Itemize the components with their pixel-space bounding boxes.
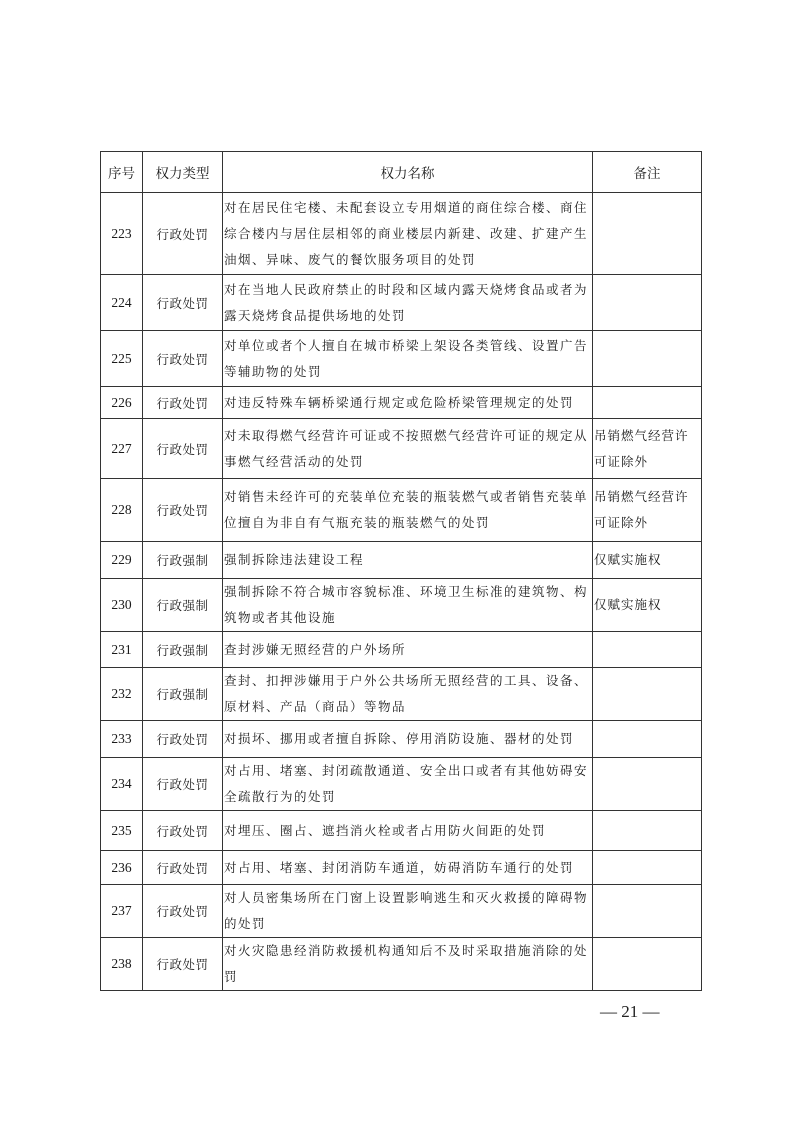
table-row: 235 行政处罚 对埋压、圈占、遮挡消火栓或者占用防火间距的处罚: [101, 811, 702, 851]
cell-serial-number: 230: [101, 579, 143, 632]
cell-remarks: [593, 387, 702, 419]
cell-remarks: [593, 758, 702, 811]
table-row: 232 行政强制 查封、扣押涉嫌用于户外公共场所无照经营的工具、设备、原材料、产…: [101, 668, 702, 721]
cell-power-type: 行政强制: [143, 668, 223, 721]
cell-power-name: 对火灾隐患经消防救援机构通知后不及时采取措施消除的处罚: [223, 938, 593, 991]
cell-power-type: 行政处罚: [143, 758, 223, 811]
table-row: 229 行政强制 强制拆除违法建设工程 仅赋实施权: [101, 542, 702, 579]
cell-remarks: 吊销燃气经营许可证除外: [593, 419, 702, 479]
cell-remarks: [593, 851, 702, 885]
cell-remarks: [593, 721, 702, 758]
cell-power-name: 强制拆除违法建设工程: [223, 542, 593, 579]
cell-power-type: 行政处罚: [143, 811, 223, 851]
cell-remarks: [593, 331, 702, 387]
cell-remarks: 仅赋实施权: [593, 542, 702, 579]
cell-remarks: [593, 938, 702, 991]
table-row: 226 行政处罚 对违反特殊车辆桥梁通行规定或危险桥梁管理规定的处罚: [101, 387, 702, 419]
cell-serial-number: 225: [101, 331, 143, 387]
cell-remarks: [593, 632, 702, 668]
cell-power-type: 行政处罚: [143, 938, 223, 991]
table-body: 223 行政处罚 对在居民住宅楼、未配套设立专用烟道的商住综合楼、商住综合楼内与…: [101, 193, 702, 991]
table-row: 233 行政处罚 对损坏、挪用或者擅自拆除、停用消防设施、器材的处罚: [101, 721, 702, 758]
cell-power-type: 行政处罚: [143, 851, 223, 885]
cell-remarks: [593, 193, 702, 275]
cell-power-type: 行政处罚: [143, 387, 223, 419]
cell-power-type: 行政处罚: [143, 419, 223, 479]
cell-remarks: 仅赋实施权: [593, 579, 702, 632]
cell-serial-number: 224: [101, 275, 143, 331]
table-row: 227 行政处罚 对未取得燃气经营许可证或不按照燃气经营许可证的规定从事燃气经营…: [101, 419, 702, 479]
page-number: — 21 —: [600, 1002, 660, 1022]
cell-power-type: 行政处罚: [143, 721, 223, 758]
cell-power-name: 对占用、堵塞、封闭疏散通道、安全出口或者有其他妨碍安全疏散行为的处罚: [223, 758, 593, 811]
cell-power-name: 对在当地人民政府禁止的时段和区域内露天烧烤食品或者为露天烧烤食品提供场地的处罚: [223, 275, 593, 331]
cell-power-name: 对销售未经许可的充装单位充装的瓶装燃气或者销售充装单位擅自为非自有气瓶充装的瓶装…: [223, 479, 593, 542]
cell-serial-number: 226: [101, 387, 143, 419]
power-list-table: 序号 权力类型 权力名称 备注 223 行政处罚 对在居民住宅楼、未配套设立专用…: [100, 151, 702, 991]
table-row: 237 行政处罚 对人员密集场所在门窗上设置影响逃生和灭火救援的障碍物的处罚: [101, 885, 702, 938]
header-serial-number: 序号: [101, 152, 143, 193]
cell-serial-number: 235: [101, 811, 143, 851]
cell-power-type: 行政处罚: [143, 193, 223, 275]
cell-serial-number: 229: [101, 542, 143, 579]
table-row: 230 行政强制 强制拆除不符合城市容貌标准、环境卫生标准的建筑物、构筑物或者其…: [101, 579, 702, 632]
table-row: 234 行政处罚 对占用、堵塞、封闭疏散通道、安全出口或者有其他妨碍安全疏散行为…: [101, 758, 702, 811]
table-row: 236 行政处罚 对占用、堵塞、封闭消防车通道，妨碍消防车通行的处罚: [101, 851, 702, 885]
table-row: 225 行政处罚 对单位或者个人擅自在城市桥梁上架设各类管线、设置广告等辅助物的…: [101, 331, 702, 387]
table-row: 231 行政强制 查封涉嫌无照经营的户外场所: [101, 632, 702, 668]
table-header-row: 序号 权力类型 权力名称 备注: [101, 152, 702, 193]
cell-serial-number: 234: [101, 758, 143, 811]
header-power-type: 权力类型: [143, 152, 223, 193]
cell-power-name: 对埋压、圈占、遮挡消火栓或者占用防火间距的处罚: [223, 811, 593, 851]
cell-serial-number: 238: [101, 938, 143, 991]
cell-serial-number: 232: [101, 668, 143, 721]
cell-serial-number: 227: [101, 419, 143, 479]
cell-power-name: 对违反特殊车辆桥梁通行规定或危险桥梁管理规定的处罚: [223, 387, 593, 419]
cell-power-type: 行政强制: [143, 542, 223, 579]
cell-power-type: 行政强制: [143, 579, 223, 632]
cell-serial-number: 231: [101, 632, 143, 668]
table-row: 223 行政处罚 对在居民住宅楼、未配套设立专用烟道的商住综合楼、商住综合楼内与…: [101, 193, 702, 275]
cell-power-type: 行政强制: [143, 632, 223, 668]
cell-power-type: 行政处罚: [143, 275, 223, 331]
cell-remarks: [593, 275, 702, 331]
table-row: 228 行政处罚 对销售未经许可的充装单位充装的瓶装燃气或者销售充装单位擅自为非…: [101, 479, 702, 542]
header-remarks: 备注: [593, 152, 702, 193]
cell-power-name: 查封涉嫌无照经营的户外场所: [223, 632, 593, 668]
cell-serial-number: 236: [101, 851, 143, 885]
cell-power-name: 对单位或者个人擅自在城市桥梁上架设各类管线、设置广告等辅助物的处罚: [223, 331, 593, 387]
cell-power-name: 对占用、堵塞、封闭消防车通道，妨碍消防车通行的处罚: [223, 851, 593, 885]
cell-power-type: 行政处罚: [143, 479, 223, 542]
cell-power-name: 查封、扣押涉嫌用于户外公共场所无照经营的工具、设备、原材料、产品（商品）等物品: [223, 668, 593, 721]
cell-serial-number: 228: [101, 479, 143, 542]
cell-power-name: 对未取得燃气经营许可证或不按照燃气经营许可证的规定从事燃气经营活动的处罚: [223, 419, 593, 479]
cell-serial-number: 223: [101, 193, 143, 275]
cell-power-name: 对人员密集场所在门窗上设置影响逃生和灭火救援的障碍物的处罚: [223, 885, 593, 938]
table-row: 224 行政处罚 对在当地人民政府禁止的时段和区域内露天烧烤食品或者为露天烧烤食…: [101, 275, 702, 331]
cell-remarks: [593, 811, 702, 851]
power-list-table-container: 序号 权力类型 权力名称 备注 223 行政处罚 对在居民住宅楼、未配套设立专用…: [100, 151, 701, 991]
cell-power-name: 强制拆除不符合城市容貌标准、环境卫生标准的建筑物、构筑物或者其他设施: [223, 579, 593, 632]
cell-serial-number: 233: [101, 721, 143, 758]
header-power-name: 权力名称: [223, 152, 593, 193]
cell-power-name: 对在居民住宅楼、未配套设立专用烟道的商住综合楼、商住综合楼内与居住层相邻的商业楼…: [223, 193, 593, 275]
cell-remarks: [593, 885, 702, 938]
cell-serial-number: 237: [101, 885, 143, 938]
cell-power-type: 行政处罚: [143, 331, 223, 387]
cell-power-name: 对损坏、挪用或者擅自拆除、停用消防设施、器材的处罚: [223, 721, 593, 758]
cell-remarks: 吊销燃气经营许可证除外: [593, 479, 702, 542]
cell-remarks: [593, 668, 702, 721]
table-row: 238 行政处罚 对火灾隐患经消防救援机构通知后不及时采取措施消除的处罚: [101, 938, 702, 991]
cell-power-type: 行政处罚: [143, 885, 223, 938]
